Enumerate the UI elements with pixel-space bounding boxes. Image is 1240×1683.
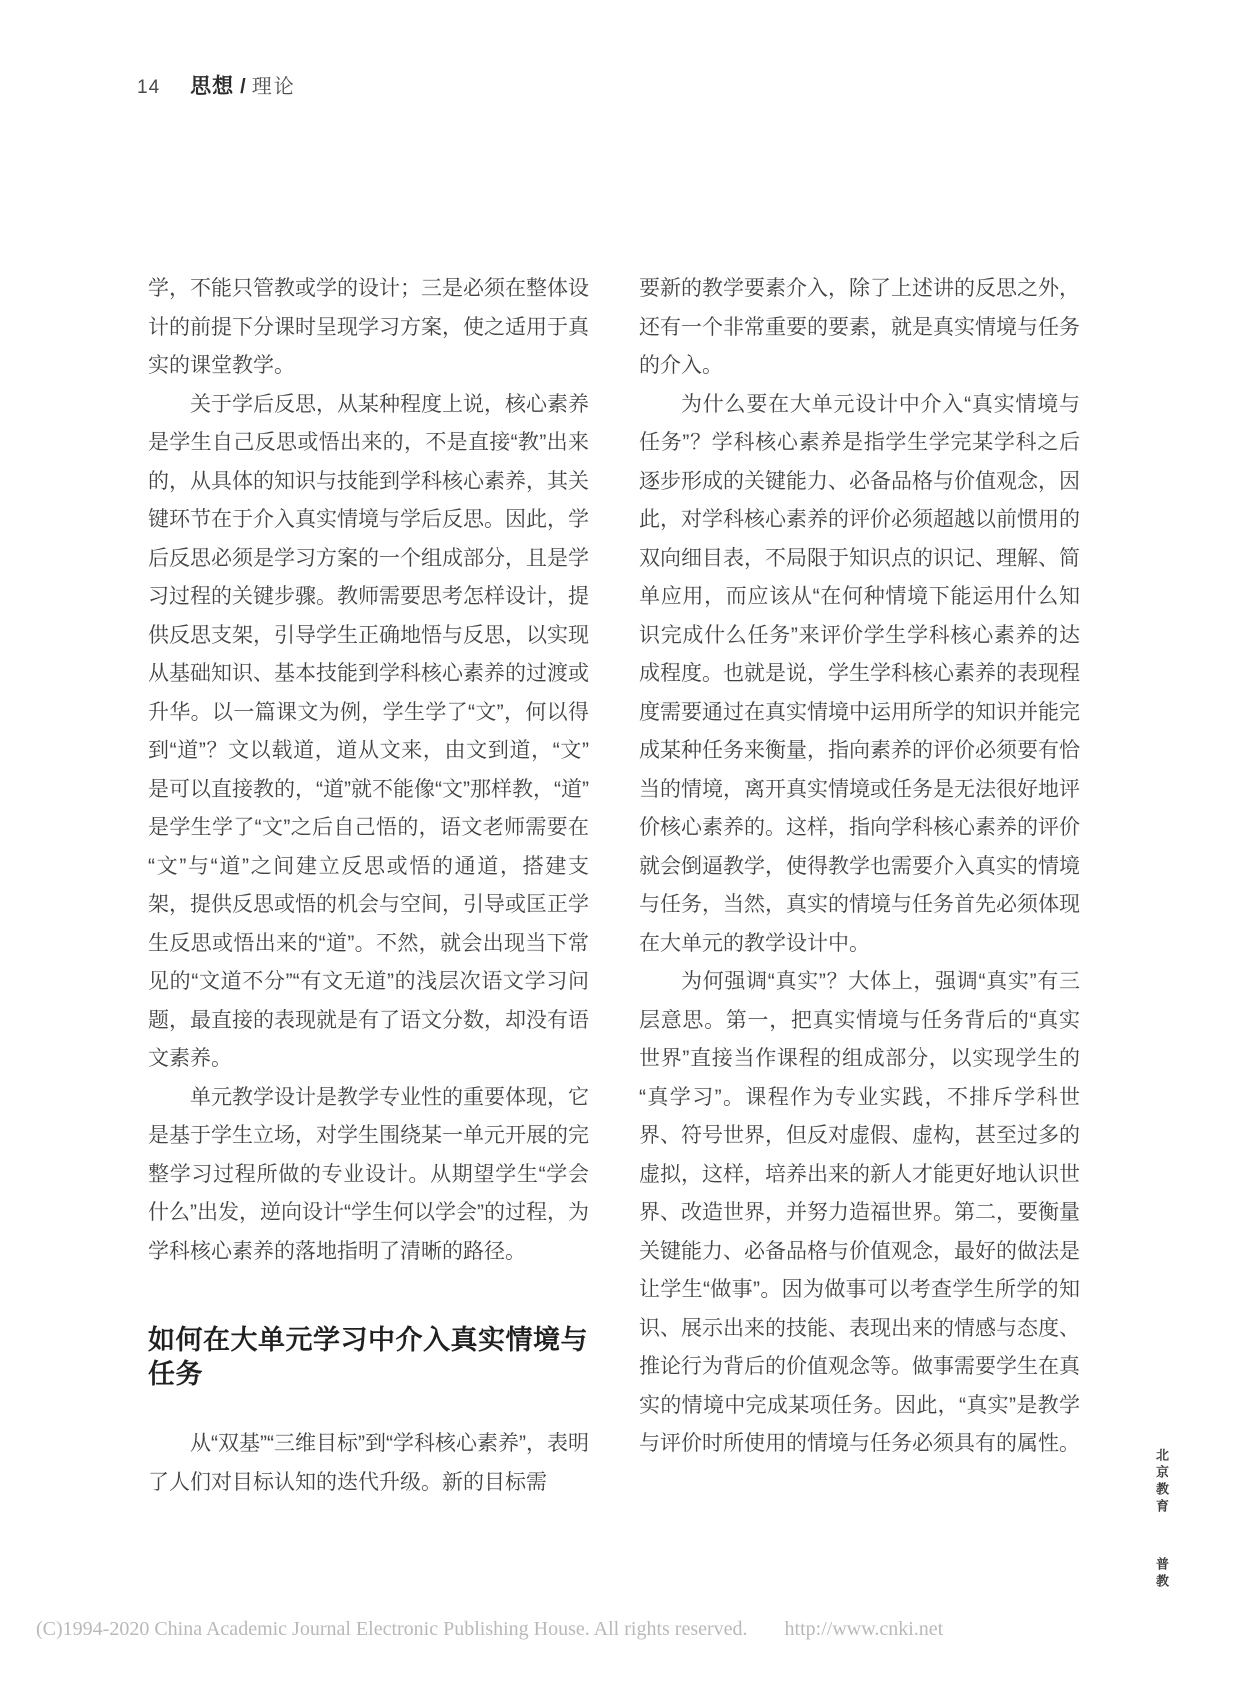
body-paragraph: 要新的教学要素介入，除了上述讲的反思之外，还有一个非常重要的要素，就是真实情境与… <box>639 270 1080 386</box>
journal-side-label: 北京教育 普教 <box>1152 1448 1171 1591</box>
body-paragraph: 为什么要在大单元设计中介入“真实情境与任务”？学科核心素养是指学生学完某学科之后… <box>639 386 1080 964</box>
article-body: 学，不能只管教或学的设计；三是必须在整体设计的前提下分课时呈现学习方案，使之适用… <box>148 270 1080 1502</box>
body-paragraph: 从“双基”“三维目标”到“学科核心素养”，表明了人们对目标认知的迭代升级。新的目… <box>148 1425 589 1502</box>
page-header: 14 思想 / 理论 <box>137 70 296 100</box>
footer-url: http://www.cnki.net <box>785 1618 944 1640</box>
journal-name: 北京教育 <box>1154 1448 1169 1516</box>
footer-copyright: (C)1994-2020 China Academic Journal Elec… <box>36 1618 748 1640</box>
body-paragraph: 为何强调“真实”？大体上，强调“真实”有三层意思。第一，把真实情境与任务背后的“… <box>639 963 1080 1464</box>
right-column: 要新的教学要素介入，除了上述讲的反思之外，还有一个非常重要的要素，就是真实情境与… <box>639 270 1080 1502</box>
section-heading: 如何在大单元学习中介入真实情境与任务 <box>148 1323 589 1391</box>
left-column: 学，不能只管教或学的设计；三是必须在整体设计的前提下分课时呈现学习方案，使之适用… <box>148 270 589 1502</box>
body-paragraph: 单元教学设计是教学专业性的重要体现，它是基于学生立场，对学生围绕某一单元开展的完… <box>148 1079 589 1272</box>
journal-page: 14 思想 / 理论 学，不能只管教或学的设计；三是必须在整体设计的前提下分课时… <box>0 0 1240 1683</box>
footer: (C)1994-2020 China Academic Journal Elec… <box>36 1618 1216 1641</box>
subsection-title: 理论 <box>252 70 296 99</box>
body-paragraph: 关于学后反思，从某种程度上说，核心素养是学生自己反思或悟出来的，不是直接“教”出… <box>148 386 589 1079</box>
page-number: 14 <box>137 77 160 99</box>
section-title: 思想 <box>190 70 234 100</box>
body-paragraph: 学，不能只管教或学的设计；三是必须在整体设计的前提下分课时呈现学习方案，使之适用… <box>148 270 589 386</box>
section-separator: / <box>240 76 246 99</box>
journal-edition: 普教 <box>1152 1557 1171 1591</box>
